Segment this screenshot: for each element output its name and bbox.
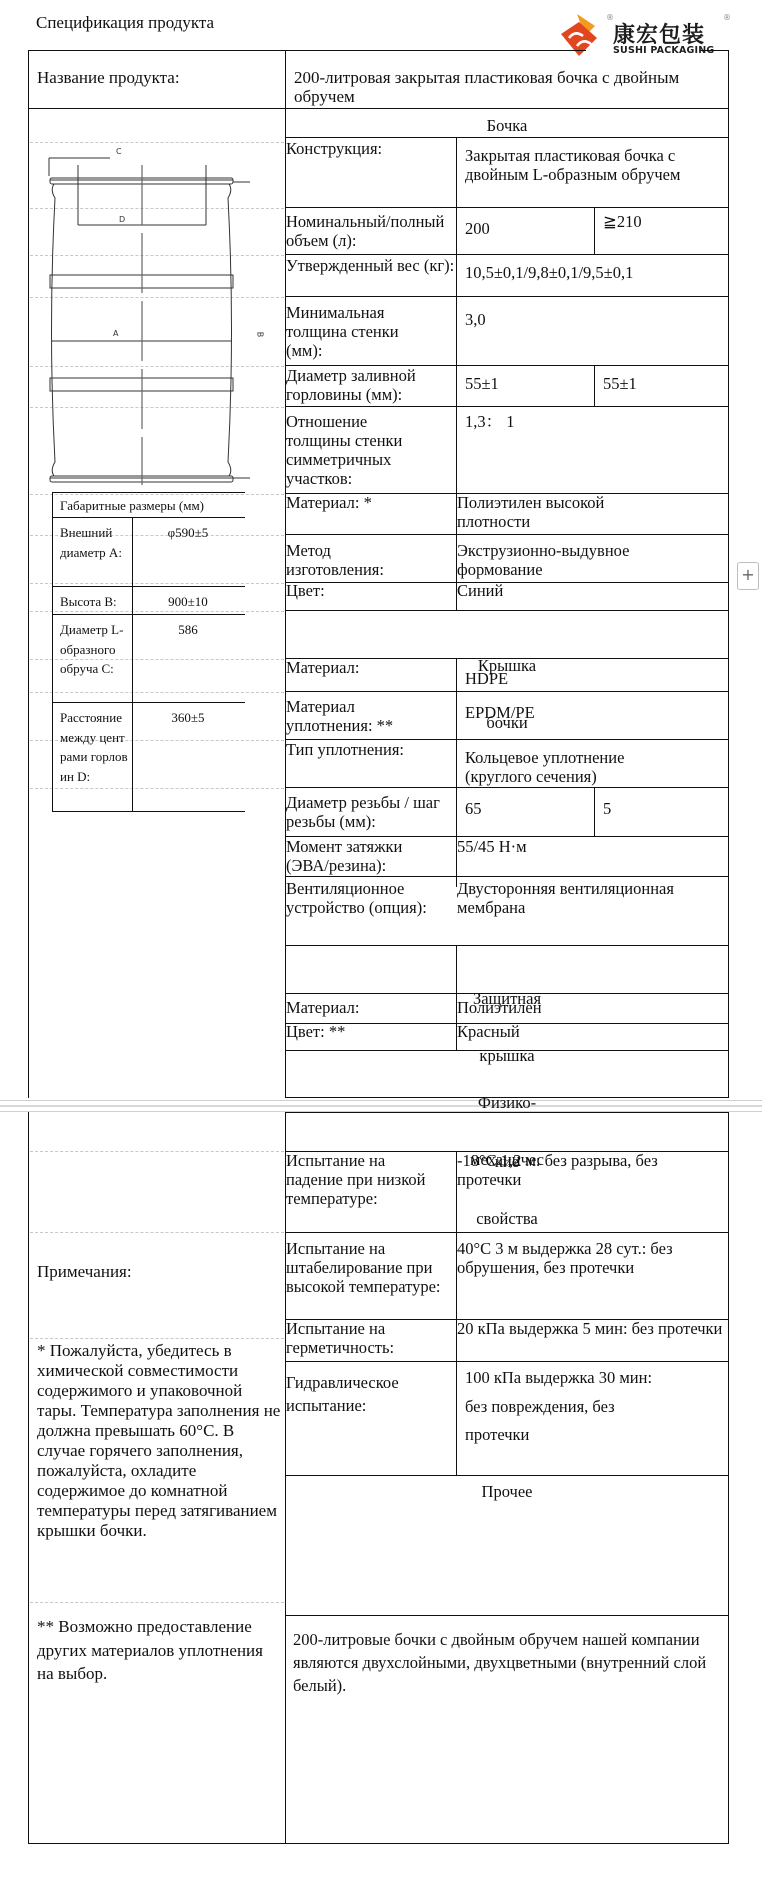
spec-label: Диаметр резьбы / шаг резьбы (мм): [286, 793, 456, 831]
spec-value: -18°C 1,2 м: без разрыва, без протечки [457, 1151, 725, 1189]
spec-label: Диаметр заливной горловины (мм): [286, 366, 456, 404]
spec-value: Полиэтилен высокой плотности [457, 493, 657, 531]
dim-label-b-outer: B [255, 332, 264, 338]
dim-row-label: Диаметр L-образного обруча C: [60, 620, 128, 679]
spec-label: Конструкция: [286, 139, 454, 158]
dim-label-c: C [116, 147, 122, 156]
spec-value: 55/45 Н·м [457, 837, 527, 856]
section-title-physical-line4: свойства [286, 1209, 728, 1228]
spec-value: Двусторонняя вентиляционная мембрана [457, 879, 717, 917]
spec-label: Метод изготовления: [286, 541, 426, 579]
spec-value: 3,0 [465, 310, 486, 329]
dim-row-value: 586 [133, 620, 243, 640]
spec-label: Цвет: [286, 581, 325, 600]
spec-value: 200 [465, 219, 490, 238]
spec-label: Тип уплотнения: [286, 740, 404, 759]
spec-label: Материал: * [286, 493, 372, 512]
company-logo: ® 康宏包装 ® SUSHI PACKAGING [555, 12, 745, 60]
dim-row-value: 360±5 [133, 708, 243, 728]
section-title-drum: Бочка [286, 116, 728, 135]
logo-mark-icon [555, 12, 605, 58]
logo-registered-mark-2: ® [723, 13, 731, 22]
dim-row-value: φ590±5 [133, 523, 243, 543]
note-2: ** Возможно предоставление других матери… [37, 1615, 283, 1686]
spec-label: Испытание на падение при низкой температ… [286, 1151, 426, 1208]
spec-value: 40°C 3 м выдержка 28 сут.: без обрушения… [457, 1239, 727, 1277]
spec-value: Кольцевое уплотнение (круглого сечения) [465, 748, 675, 786]
dim-row-label: Внешний диаметр A: [60, 523, 128, 562]
spec-label: Материал: [286, 658, 359, 677]
spec-value-2: ≧210 [603, 212, 642, 231]
spec-value-2: 55±1 [603, 374, 637, 393]
spec-value: 10,5±0,1/9,8±0,1/9,5±0,1 [465, 263, 633, 282]
spec-value: 1,3： 1 [465, 412, 515, 431]
spec-label: Цвет: ** [286, 1022, 345, 1041]
spec-value: Полиэтилен [457, 998, 542, 1017]
dim-row-label: Расстояние между центрами горловин D: [60, 708, 130, 786]
spec-label: Испытание на штабелирование при высокой … [286, 1239, 446, 1296]
dim-label-d: D [119, 215, 125, 224]
spec-value-2: 5 [603, 799, 611, 818]
spec-label: Минимальная толщина стенки (мм): [286, 303, 436, 360]
spec-value: Экструзионно-выдувное формование [457, 541, 687, 579]
product-name-label: Название продукта: [37, 68, 180, 87]
dimensions-title: Габаритные размеры (мм) [60, 496, 204, 516]
note-1: * Пожалуйста, убедитесь в химической сов… [37, 1341, 281, 1541]
spec-label: Отношение толщины стенки симметричных уч… [286, 412, 436, 488]
spec-value: 100 кПа выдержка 30 мин: без повреждения… [465, 1364, 675, 1450]
dim-label-a: A [113, 329, 119, 338]
spec-value: Синий [457, 581, 503, 600]
spec-label: Утвержденный вес (кг): [286, 256, 458, 275]
spec-value: 20 кПа выдержка 5 мин: без протечки [457, 1319, 725, 1338]
notes-title: Примечания: [37, 1262, 132, 1281]
spec-label: Вентиляционное устройство (опция): [286, 879, 451, 917]
spec-value: 65 [465, 799, 482, 818]
other-text: 200-литровые бочки с двойным обручем наш… [293, 1628, 727, 1697]
spec-value: HDPE [465, 669, 508, 688]
dim-row-label: Высота B: [60, 592, 132, 612]
section-title-physical-line1: Физико- [286, 1093, 728, 1112]
dim-row-value: 900±10 [133, 592, 243, 612]
drum-drawing: C D A B [30, 140, 250, 490]
spec-value: 55±1 [465, 374, 499, 393]
spec-label: Номинальный/полный объем (л): [286, 212, 456, 250]
spec-label: Гидравлическое испытание: [286, 1371, 446, 1417]
spec-value: Закрытая пластиковая бочка с двойным L-о… [465, 146, 727, 184]
spec-label: Материал уплотнения: ** [286, 697, 436, 735]
spec-value: Красный [457, 1022, 520, 1041]
document-title: Спецификация продукта [36, 13, 214, 32]
product-name-value: 200-литровая закрытая пластиковая бочка … [294, 68, 714, 106]
spec-label: Момент затяжки (ЭВА/резина): [286, 837, 446, 875]
spec-label: Материал: [286, 998, 359, 1017]
add-row-button[interactable]: + [737, 562, 759, 590]
section-title-other: Прочее [286, 1482, 728, 1501]
spec-label: Испытание на герметичность: [286, 1319, 456, 1357]
spec-value: EPDM/PE [465, 703, 535, 722]
